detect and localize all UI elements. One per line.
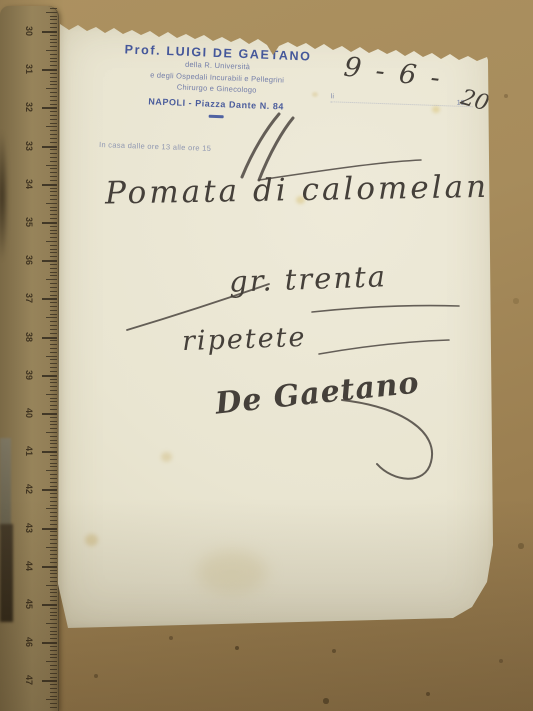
ruler-tick [42, 604, 57, 606]
ruler-tick [46, 88, 57, 89]
ruler-tick [50, 512, 57, 513]
ruler-tick [50, 54, 57, 55]
ruler-tick [50, 589, 57, 590]
ruler-tick [50, 531, 57, 532]
ruler-tick [50, 573, 57, 574]
ruler-number: 45 [20, 597, 34, 611]
ruler-tick [50, 84, 57, 85]
ruler-tick [50, 92, 57, 93]
ruler-tick [50, 168, 57, 169]
ruler-tick [50, 424, 57, 425]
ruler-tick [50, 688, 57, 689]
ruler-tick [46, 12, 57, 13]
ruler-tick [50, 455, 57, 456]
ruler-tick [50, 111, 57, 112]
ruler-tick [50, 673, 57, 674]
ruler-tick [50, 287, 57, 288]
ruler-tick [50, 180, 57, 181]
ruler-tick [42, 222, 57, 224]
ruler-tick [50, 333, 57, 334]
ruler-tick [50, 371, 57, 372]
ruler-tick [50, 359, 57, 360]
ruler-tick [50, 344, 57, 345]
ruler-tick [46, 623, 57, 624]
ruler-tick [46, 661, 57, 662]
ruler-tick [50, 191, 57, 192]
ruler-number: 33 [20, 139, 34, 153]
ruler-tick [50, 27, 57, 28]
ruler-tick [50, 696, 57, 697]
ruler-tick [50, 207, 57, 208]
ruler-number: 40 [20, 406, 34, 420]
ruler-tick [50, 199, 57, 200]
ruler-tick [46, 203, 57, 204]
ruler-tick [50, 386, 57, 387]
ruler-tick [50, 352, 57, 353]
ruler-tick [42, 31, 57, 33]
ruler-tick [50, 42, 57, 43]
ruler-tick [42, 146, 57, 148]
ruler-tick [50, 390, 57, 391]
ruler-tick [50, 142, 57, 143]
ruler-tick [50, 256, 57, 257]
office-hours-line: In casa dalle ore 13 alle ore 15 [99, 140, 211, 153]
ruler-tick [50, 615, 57, 616]
ruler-tick [50, 474, 57, 475]
ruler-tick [50, 230, 57, 231]
ruler-tick [50, 295, 57, 296]
ruler-tick [50, 608, 57, 609]
photo-of-prescription: 303132333435363738394041424344454647 Pro… [0, 0, 533, 711]
ruler-tick [50, 600, 57, 601]
ruler-number: 46 [20, 635, 34, 649]
ruler-tick [50, 77, 57, 78]
ruler-tick [50, 275, 57, 276]
ruler-tick [42, 337, 57, 339]
rx-flourish-icon [242, 114, 279, 177]
ruler-tick [50, 627, 57, 628]
ruler-tick [50, 115, 57, 116]
ruler-tick [50, 436, 57, 437]
ruler-tick [50, 398, 57, 399]
ruler-tick [42, 566, 57, 568]
ruler-tick [50, 172, 57, 173]
ruler-number: 37 [20, 291, 34, 305]
ruler-tick [50, 703, 57, 704]
ruler-tick [50, 367, 57, 368]
ruler-number: 44 [20, 559, 34, 573]
ruler-tick [50, 16, 57, 17]
ruler-tick [42, 489, 57, 491]
ruler-tick [46, 126, 57, 127]
ruler-tick [50, 310, 57, 311]
ruler-tick [50, 428, 57, 429]
ruler-number: 42 [20, 482, 34, 496]
handwritten-day-month: 9 - 6 - [342, 52, 444, 95]
repeat-tail-stroke [319, 340, 449, 354]
ruler-tick [50, 214, 57, 215]
handwritten-year: 20 [458, 85, 492, 117]
ruler-tick [50, 520, 57, 521]
ruler-tick [50, 657, 57, 658]
dark-strip-left-edge [0, 524, 13, 622]
ruler-tick [42, 69, 57, 71]
ruler-tick [50, 264, 57, 265]
ruler-tick [50, 463, 57, 464]
ruler-tick [50, 539, 57, 540]
prescription-line-1: Pomata di calomelano [105, 168, 511, 211]
ruler-tick [50, 325, 57, 326]
background-speckles [0, 0, 2, 2]
ruler-tick [50, 283, 57, 284]
ruler-tick [50, 497, 57, 498]
ruler-tick [50, 157, 57, 158]
ruler-tick [50, 543, 57, 544]
ruler-tick [42, 298, 57, 300]
ruler-tick [50, 596, 57, 597]
ruler-tick [50, 321, 57, 322]
signature-tail-stroke [342, 400, 432, 479]
ruler-tick [50, 39, 57, 40]
prescription-line-3: ripetete [181, 322, 306, 357]
ruler-tick [50, 669, 57, 670]
ruler-tick [50, 447, 57, 448]
ruler-tick [50, 417, 57, 418]
ruler-tick [50, 684, 57, 685]
ruler-tick [50, 65, 57, 66]
ruler-tick [50, 23, 57, 24]
ruler-tick [50, 577, 57, 578]
paper-stain [161, 452, 172, 462]
ruler-tick [50, 612, 57, 613]
ruler-tick [50, 96, 57, 97]
ruler-tick [50, 363, 57, 364]
quantity-underline-stroke [312, 306, 459, 312]
ruler-number: 35 [20, 215, 34, 229]
date-line: li 9 - 6 - 19 20 [328, 49, 491, 139]
ruler-tick [50, 677, 57, 678]
ruler-tick [50, 707, 57, 708]
ruler-tick [50, 123, 57, 124]
ruler-tick [50, 245, 57, 246]
ruler-tick [46, 279, 57, 280]
ruler-tick [50, 486, 57, 487]
ruler-number: 47 [20, 673, 34, 687]
ruler-tick [50, 268, 57, 269]
ruler-tick [50, 291, 57, 292]
ruler-tick [50, 631, 57, 632]
date-dotted-baseline [331, 101, 473, 107]
ruler-tick [50, 134, 57, 135]
ruler-tick [50, 210, 57, 211]
ruler-tick [50, 535, 57, 536]
ruler-tick [50, 592, 57, 593]
ruler-tick [46, 241, 57, 242]
ruler-tick [46, 699, 57, 700]
ruler-tick [50, 421, 57, 422]
ruler-number: 34 [20, 177, 34, 191]
doctor-signature: De Gaetano [214, 365, 421, 421]
ruler-tick [50, 81, 57, 82]
ruler-tick [50, 409, 57, 410]
ruler-tick [50, 302, 57, 303]
ruler-tick [50, 562, 57, 563]
ruler-tick [50, 329, 57, 330]
ruler-tick [50, 73, 57, 74]
ruler-number: 30 [20, 24, 34, 38]
ruler-number: 38 [20, 330, 34, 344]
ruler-tick [50, 665, 57, 666]
ruler-number: 43 [20, 521, 34, 535]
ruler-tick [50, 524, 57, 525]
ruler-tick [50, 382, 57, 383]
letterhead-divider [208, 115, 223, 119]
ruler-tick [50, 459, 57, 460]
ruler-tick [46, 547, 57, 548]
prescription-line-2: gr. trenta [228, 259, 387, 298]
ruler-tick [50, 554, 57, 555]
ruler-tick [50, 46, 57, 47]
ruler-number: 32 [20, 100, 34, 114]
ruler-tick [42, 107, 57, 109]
ruler-tick [50, 634, 57, 635]
ruler-tick [50, 348, 57, 349]
ruler-tick [50, 226, 57, 227]
ruler-tick [50, 161, 57, 162]
ruler-number: 31 [20, 62, 34, 76]
ruler-tick [42, 413, 57, 415]
date-printed-prefix: li [331, 93, 334, 100]
ruler-number: 39 [20, 368, 34, 382]
ruler-tick [50, 501, 57, 502]
ruler-tick [50, 340, 57, 341]
ruler-tick [50, 100, 57, 101]
ruler-tick [50, 466, 57, 467]
ruler-tick [50, 692, 57, 693]
ruler-number: 36 [20, 253, 34, 267]
ruler-tick [50, 558, 57, 559]
ruler-tick [50, 505, 57, 506]
ruler-tick [50, 153, 57, 154]
ruler-tick [50, 482, 57, 483]
ruler-tick [50, 314, 57, 315]
ruler-tick [50, 233, 57, 234]
ruler-tick [46, 394, 57, 395]
ruler-tick [46, 470, 57, 471]
ruler-tick [50, 252, 57, 253]
rx-flourish-icon [259, 118, 293, 180]
ruler-tick [46, 432, 57, 433]
ruler-tick [46, 585, 57, 586]
ruler-tick [50, 272, 57, 273]
ruler-tick [50, 516, 57, 517]
ruler-tick [50, 638, 57, 639]
ruler-tick [42, 528, 57, 530]
ruler-tick [50, 195, 57, 196]
ruler-tick [50, 249, 57, 250]
ruler-tick [50, 306, 57, 307]
ruler-tick [46, 50, 57, 51]
ruler-tick [50, 58, 57, 59]
ruler-tick [50, 550, 57, 551]
ruler-tick [50, 646, 57, 647]
ruler-tick [50, 218, 57, 219]
letterhead: Prof. LUIGI DE GAETANO della R. Universi… [86, 41, 349, 123]
ruler-tick [50, 478, 57, 479]
ruler-number: 41 [20, 444, 34, 458]
ruler-tick [50, 119, 57, 120]
ruler-tick [50, 379, 57, 380]
gray-object-left-edge [0, 438, 11, 530]
ruler-tick [50, 176, 57, 177]
ruler-tick [50, 61, 57, 62]
ruler-tick [50, 650, 57, 651]
prescription-paper: Prof. LUIGI DE GAETANO della R. Universi… [57, 22, 493, 630]
ruler-tick [50, 405, 57, 406]
ruler-tick [50, 138, 57, 139]
ruler-tick [50, 188, 57, 189]
ruler-tick [50, 149, 57, 150]
ruler-tick [42, 642, 57, 644]
ruler-tick [42, 451, 57, 453]
ruler-tick [46, 356, 57, 357]
ruler-tick [50, 130, 57, 131]
ruler-tick [50, 440, 57, 441]
ruler-tick [50, 237, 57, 238]
ruler-tick [50, 619, 57, 620]
ruler-tick [42, 184, 57, 186]
ruler-tick [50, 493, 57, 494]
ruler-tick [46, 165, 57, 166]
ruler-tick [46, 508, 57, 509]
ruler-tick [50, 570, 57, 571]
ruler-tick [50, 8, 57, 9]
ruler-tick [50, 443, 57, 444]
ruler-tick [42, 680, 57, 682]
ruler-tick [46, 317, 57, 318]
ruler-tick [42, 260, 57, 262]
ruler-tick [50, 19, 57, 20]
ruler-tick [50, 401, 57, 402]
ruler-tick [50, 581, 57, 582]
ruler-tick [50, 35, 57, 36]
ruler-tick [50, 104, 57, 105]
ruler-tick [42, 375, 57, 377]
paper-stain [85, 534, 98, 546]
paper-stain [197, 550, 267, 594]
ruler-tick [50, 654, 57, 655]
